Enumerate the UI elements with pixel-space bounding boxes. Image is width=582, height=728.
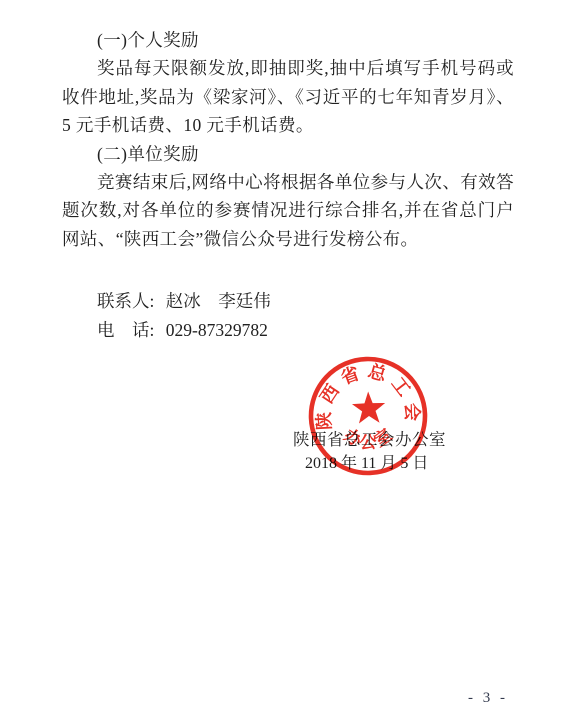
seal-arc-text: 陕西省总工会: [311, 358, 424, 431]
seal-star-icon: [352, 391, 386, 424]
contact-phone-number: 029-87329782: [166, 320, 268, 340]
official-seal: 陕西省总工会 办公室: [306, 354, 430, 478]
svg-text:办公室: 办公室: [340, 423, 397, 453]
svg-text:陕西省总工会: 陕西省总工会: [311, 358, 424, 431]
contact-phone-label: 电 话:: [97, 320, 154, 340]
contact-person-label: 联系人:: [97, 291, 154, 311]
paragraph-heading-unit: (二)单位奖励: [62, 140, 514, 168]
contact-block: 联系人: 赵冰 李廷伟 电 话: 029-87329782: [62, 287, 514, 345]
body-text: (一)个人奖励 奖品每天限额发放,即抽即奖,抽中后填写手机号码或收件地址,奖品为…: [62, 26, 514, 345]
document-page: (一)个人奖励 奖品每天限额发放,即抽即奖,抽中后填写手机号码或收件地址,奖品为…: [0, 0, 582, 728]
contact-phone-line: 电 话: 029-87329782: [62, 316, 514, 345]
paragraph-individual-awards: 奖品每天限额发放,即抽即奖,抽中后填写手机号码或收件地址,奖品为《梁家河》、《习…: [62, 54, 514, 139]
page-number: - 3 -: [468, 690, 508, 707]
seal-bottom-text: 办公室: [340, 423, 397, 453]
paragraph-unit-awards: 竞赛结束后,网络中心将根据各单位参与人次、有效答题次数,对各单位的参赛情况进行综…: [62, 168, 514, 253]
contact-person-line: 联系人: 赵冰 李廷伟: [62, 287, 514, 316]
contact-person-names: 赵冰 李廷伟: [166, 291, 271, 311]
paragraph-heading-individual: (一)个人奖励: [62, 26, 514, 54]
